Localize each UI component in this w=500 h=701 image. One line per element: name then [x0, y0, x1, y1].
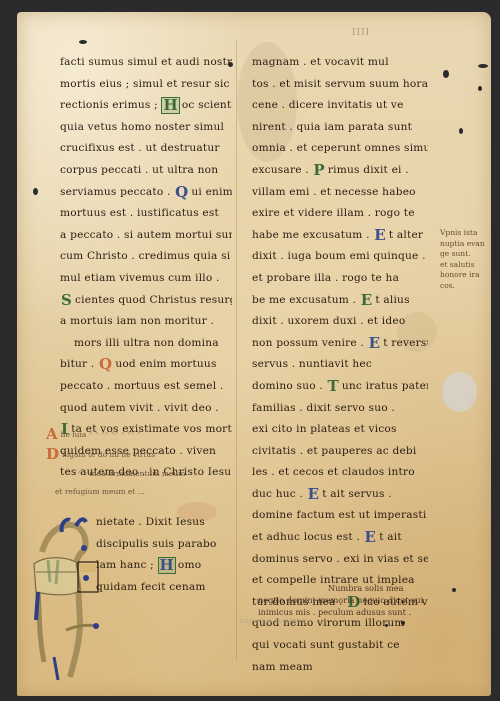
text-line: magnam . et vocavit mul: [252, 52, 428, 74]
marginal-line: nuptia evan: [440, 239, 492, 250]
chant-cue-initial: D: [45, 447, 60, 462]
text-line: exi cito in plateas et vicos: [252, 419, 428, 441]
text-line: cene . dicere invitatis ut ve: [252, 95, 428, 117]
marginal-line: Numbra solis mea: [258, 582, 458, 594]
marginal-line: Vpnis ista: [440, 228, 492, 239]
chant-cue-initial: A: [45, 427, 59, 442]
text-line: lam hanc ; Homo: [96, 555, 236, 577]
initial-e: E: [307, 487, 321, 502]
text-line: habe me excusatum . Et alter: [252, 225, 428, 247]
text-line: nirent . quia iam parata sunt: [252, 117, 428, 139]
chant-line: et refugium meum et ...: [55, 487, 145, 496]
paint-smudge: [442, 372, 477, 412]
text-line: crucifixus est . ut destruatur: [60, 138, 232, 160]
text-line: dixit . uxorem duxi . et ideo: [252, 311, 428, 333]
marginal-line: honore ira: [440, 270, 492, 281]
text-line: domino suo . Tunc iratus pater: [252, 376, 428, 398]
initial-e: E: [368, 336, 382, 351]
worm-hole: [33, 188, 38, 195]
initial-e: E: [373, 228, 387, 243]
initial-s: S: [60, 293, 73, 308]
initial-h: H: [158, 557, 176, 574]
worm-hole: [459, 128, 463, 134]
ink-speck: [79, 40, 87, 44]
text-line: civitatis . et pauperes ac debi: [252, 441, 428, 463]
text-line: rectionis erimus ; Hoc scientes :: [60, 95, 232, 117]
initial-h: H: [161, 97, 179, 114]
marginal-line: ge sunt.: [440, 249, 492, 260]
text-line: tos . et misit servum suum hora: [252, 74, 428, 96]
text-line: peccato . mortuus est semel .: [60, 376, 232, 398]
text-line: quod autem vivit . vivit deo .: [60, 398, 232, 420]
faint-offset-text: superius scriptum: [240, 616, 309, 625]
initial-q: Q: [174, 185, 189, 200]
text-line: mortuus est . iustificatus est: [60, 203, 232, 225]
chant-notation: Alle luia ⸍ ⸌ ⸍⸍ ⸌⸍ ⸍ ⸌⸌ ⸍ Diligam te do…: [45, 425, 245, 505]
marginal-note-right: Vpnis ista nuptia evan ge sunt. et salut…: [440, 228, 492, 291]
text-line: servus . nuntiavit hec: [252, 354, 428, 376]
text-line: les . et cecos et claudos intro: [252, 462, 428, 484]
text-line: omnia . et ceperunt omnes simul: [252, 138, 428, 160]
text-line: quidam fecit cenam: [96, 577, 236, 599]
worm-hole: [478, 64, 488, 68]
text-line: a mortuis iam non moritur .: [60, 311, 232, 333]
text-line: et adhuc locus est . Et ait: [252, 527, 428, 549]
initial-e: E: [360, 293, 374, 308]
text-line: Scientes quod Christus resurgens: [60, 290, 232, 312]
text-line: nam meam: [252, 657, 428, 679]
text-line: serviamus peccato . Qui enim: [60, 182, 232, 204]
worm-hole: [478, 86, 482, 91]
text-line: mors illi ultra non domina: [60, 333, 232, 355]
chant-line: ⸍ ⸌ ⸍ ⸌ mea firmamentum meum: [65, 469, 185, 479]
text-line: et probare illa . rogo te ha: [252, 268, 428, 290]
text-line: corpus peccati . ut ultra non: [60, 160, 232, 182]
text-line: villam emi . et necesse habeo: [252, 182, 428, 204]
chant-line: Diligam te do mi ne virtus ⸍⸌ ⸍: [45, 447, 171, 462]
text-line: bitur . Quod enim mortuus: [60, 354, 232, 376]
text-line: exire et videre illam . rogo te: [252, 203, 428, 225]
text-line: mortis eius ; simul et resur sic: [60, 74, 232, 96]
text-line: domine factum est ut imperasti .: [252, 505, 428, 527]
left-column-bottom: nietate . Dixit Iesus discipulis suis pa…: [96, 512, 236, 598]
marginal-line: cos.: [440, 281, 492, 292]
text-line: mul etiam vivemus cum illo .: [60, 268, 232, 290]
worm-hole: [443, 70, 449, 78]
initial-t: T: [327, 379, 340, 394]
text-line: excusare . Primus dixit ei .: [252, 160, 428, 182]
text-line: discipulis suis parabo: [96, 534, 236, 556]
text-line: a peccato . si autem mortui sumus: [60, 225, 232, 247]
text-line: dominus servo . exi in vias et sepes .: [252, 549, 428, 571]
marginal-line: et salutis: [440, 260, 492, 271]
text-line: be me excusatum . Et alius: [252, 290, 428, 312]
text-line: non possum venire . Et reversus: [252, 333, 428, 355]
text-line: familias . dixit servo suo .: [252, 398, 428, 420]
text-line: facti sumus simul et audi nostri: [60, 52, 232, 74]
text-line: nietate . Dixit Iesus: [96, 512, 236, 534]
text-line: duc huc . Et ait servus .: [252, 484, 428, 506]
chant-line: Alle luia ⸍ ⸌ ⸍⸍ ⸌⸍ ⸍ ⸌⸌ ⸍: [45, 427, 141, 442]
initial-p: P: [312, 163, 325, 178]
text-line: qui vocati sunt gustabit ce: [252, 635, 428, 657]
initial-e: E: [364, 530, 378, 545]
column-ruling: [236, 40, 237, 660]
text-line: quia vetus homo noster simul: [60, 117, 232, 139]
text-line: cum Christo . credimus quia si: [60, 246, 232, 268]
marginal-note-bottom: Numbra solis mea negtio domini memoria n…: [258, 582, 458, 618]
folio-mark: IIII: [352, 28, 370, 38]
marginal-line: negtio domini memoria nequio dicat sui: [258, 594, 458, 606]
initial-q: Q: [98, 357, 113, 372]
ox-drawing: [14, 512, 99, 682]
text-line: dixit . iuga boum emi quinque .: [252, 246, 428, 268]
left-column: facti sumus simul et audi nostri mortis …: [60, 52, 232, 484]
